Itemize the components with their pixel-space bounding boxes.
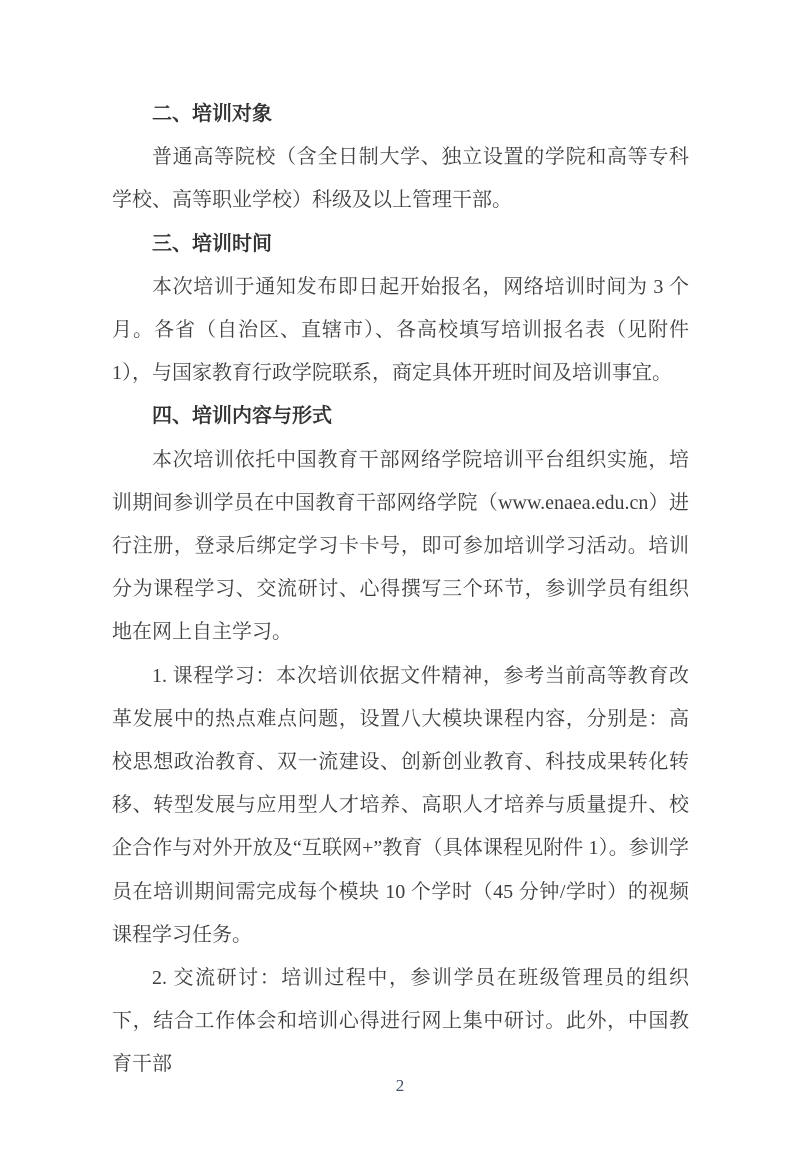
paragraph-training-target: 普通高等院校（含全日制大学、独立设置的学院和高等专科学校、高等职业学校）科级及以… [112, 136, 689, 222]
paragraph-training-time: 本次培训于通知发布即日起开始报名，网络培训时间为 3 个月。各省（自治区、直辖市… [112, 266, 689, 396]
document-content: 二、培训对象 普通高等院校（含全日制大学、独立设置的学院和高等专科学校、高等职业… [112, 93, 689, 1087]
paragraph-training-platform: 本次培训依托中国教育干部网络学院培训平台组织实施，培训期间参训学员在中国教育干部… [112, 439, 689, 655]
section-heading-training-time: 三、培训时间 [112, 223, 689, 266]
section-heading-training-content-form: 四、培训内容与形式 [112, 395, 689, 438]
section-heading-training-target: 二、培训对象 [112, 93, 689, 136]
paragraph-discussion: 2. 交流研讨：培训过程中，参训学员在班级管理员的组织下，结合工作体会和培训心得… [112, 957, 689, 1087]
document-page: 二、培训对象 普通高等院校（含全日制大学、独立设置的学院和高等专科学校、高等职业… [0, 0, 800, 1149]
paragraph-course-study: 1. 课程学习：本次培训依据文件精神，参考当前高等教育改革发展中的热点难点问题，… [112, 655, 689, 957]
page-number: 2 [0, 1075, 800, 1097]
